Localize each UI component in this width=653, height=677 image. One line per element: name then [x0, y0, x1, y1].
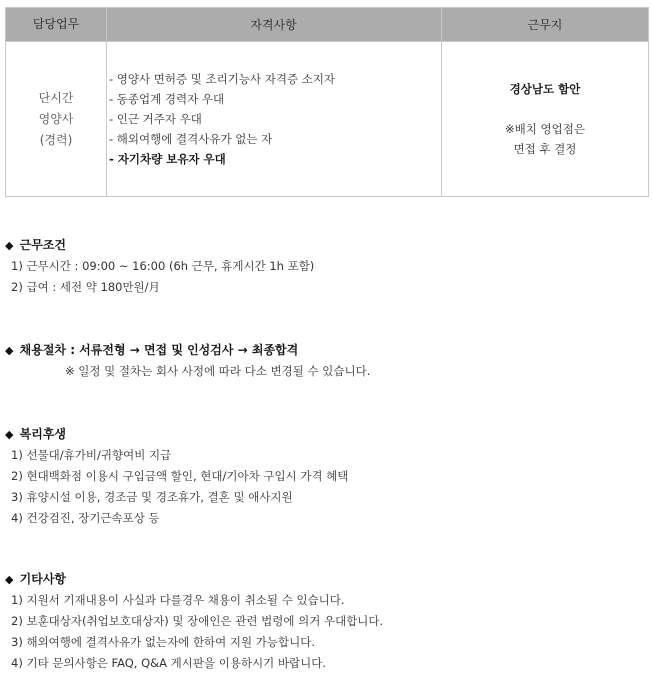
list-item: 2) 급여 : 세전 약 180만원/月: [5, 277, 314, 298]
diamond-bullet-icon: ◆: [5, 428, 13, 441]
location-cell: 경상남도 함안 ※배치 영업점은 면접 후 결정: [442, 42, 649, 197]
section-title-text: 근무조건: [20, 238, 66, 252]
qualification-item: - 영양사 면허증 및 조리기능사 자격증 소지자: [109, 69, 440, 89]
section-hiring-process: ◆ 채용절차 : 서류전형 → 면접 및 인성검사 → 최종합격 ※ 일정 및 …: [5, 340, 370, 381]
duty-cell: 단시간 영양사 (경력): [6, 42, 107, 197]
duty-line: 영양사: [7, 109, 105, 130]
duty-line: 단시간: [7, 88, 105, 109]
section-title: ◆ 기타사항: [5, 569, 383, 590]
diamond-bullet-icon: ◆: [5, 239, 13, 252]
diamond-bullet-icon: ◆: [5, 344, 13, 357]
diamond-bullet-icon: ◆: [5, 573, 13, 586]
duty-line: (경력): [7, 130, 105, 151]
process-note: ※ 일정 및 절차는 회사 사정에 따라 다소 변경될 수 있습니다.: [5, 361, 370, 381]
list-item: 2) 보훈대상자(취업보호대상자) 및 장애인은 관련 법령에 의거 우대합니다…: [5, 611, 383, 632]
section-title-text: 채용절차 : 서류전형 → 면접 및 인성검사 → 최종합격: [20, 343, 299, 357]
list-item: 3) 휴양시설 이용, 경조금 및 경조휴가, 결혼 및 애사지원: [5, 487, 348, 508]
list-item: 1) 선물대/휴가비/귀향여비 지급: [5, 445, 348, 466]
section-title: ◆ 근무조건: [5, 235, 314, 256]
header-location: 근무지: [442, 8, 649, 42]
section-title-text: 기타사항: [20, 572, 66, 586]
section-title: ◆ 채용절차 : 서류전형 → 면접 및 인성검사 → 최종합격: [5, 340, 370, 361]
qualifications-cell: - 영양사 면허증 및 조리기능사 자격증 소지자 - 동종업계 경력자 우대 …: [107, 42, 442, 197]
section-benefits: ◆ 복리후생 1) 선물대/휴가비/귀향여비 지급 2) 현대백화점 이용시 구…: [5, 424, 348, 529]
section-other-notes: ◆ 기타사항 1) 지원서 기재내용이 사실과 다를경우 채용이 취소될 수 있…: [5, 569, 383, 674]
list-item: 4) 기타 문의사항은 FAQ, Q&A 게시판을 이용하시기 바랍니다.: [5, 653, 383, 674]
list-item: 2) 현대백화점 이용시 구입금액 할인, 현대/기아차 구입시 가격 혜택: [5, 466, 348, 487]
qualification-item: - 동종업계 경력자 우대: [109, 89, 440, 109]
work-location: 경상남도 함안: [443, 79, 647, 99]
table-row: 단시간 영양사 (경력) - 영양사 면허증 및 조리기능사 자격증 소지자 -…: [6, 42, 649, 197]
qualification-item: - 해외여행에 결격사유가 없는 자: [109, 129, 440, 149]
list-item: 3) 해외여행에 결격사유가 없는자에 한하여 지원 가능합니다.: [5, 632, 383, 653]
section-title-text: 복리후생: [20, 427, 66, 441]
qualification-item: - 인근 거주자 우대: [109, 109, 440, 129]
section-title: ◆ 복리후생: [5, 424, 348, 445]
header-duty: 담당업무: [6, 8, 107, 42]
location-note: 면접 후 결정: [443, 139, 647, 159]
list-item: 1) 근무시간 : 09:00 ~ 16:00 (6h 근무, 휴게시간 1h …: [5, 256, 314, 277]
job-posting-table: 담당업무 자격사항 근무지 단시간 영양사 (경력) - 영양사 면허증 및 조…: [5, 7, 649, 197]
list-item: 4) 건강검진, 장기근속포상 등: [5, 508, 348, 529]
location-note: ※배치 영업점은: [443, 119, 647, 139]
header-qualifications: 자격사항: [107, 8, 442, 42]
section-work-conditions: ◆ 근무조건 1) 근무시간 : 09:00 ~ 16:00 (6h 근무, 휴…: [5, 235, 314, 298]
qualification-item-preferred: - 자기차량 보유자 우대: [109, 149, 440, 169]
table-header-row: 담당업무 자격사항 근무지: [6, 8, 649, 42]
list-item: 1) 지원서 기재내용이 사실과 다를경우 채용이 취소될 수 있습니다.: [5, 590, 383, 611]
